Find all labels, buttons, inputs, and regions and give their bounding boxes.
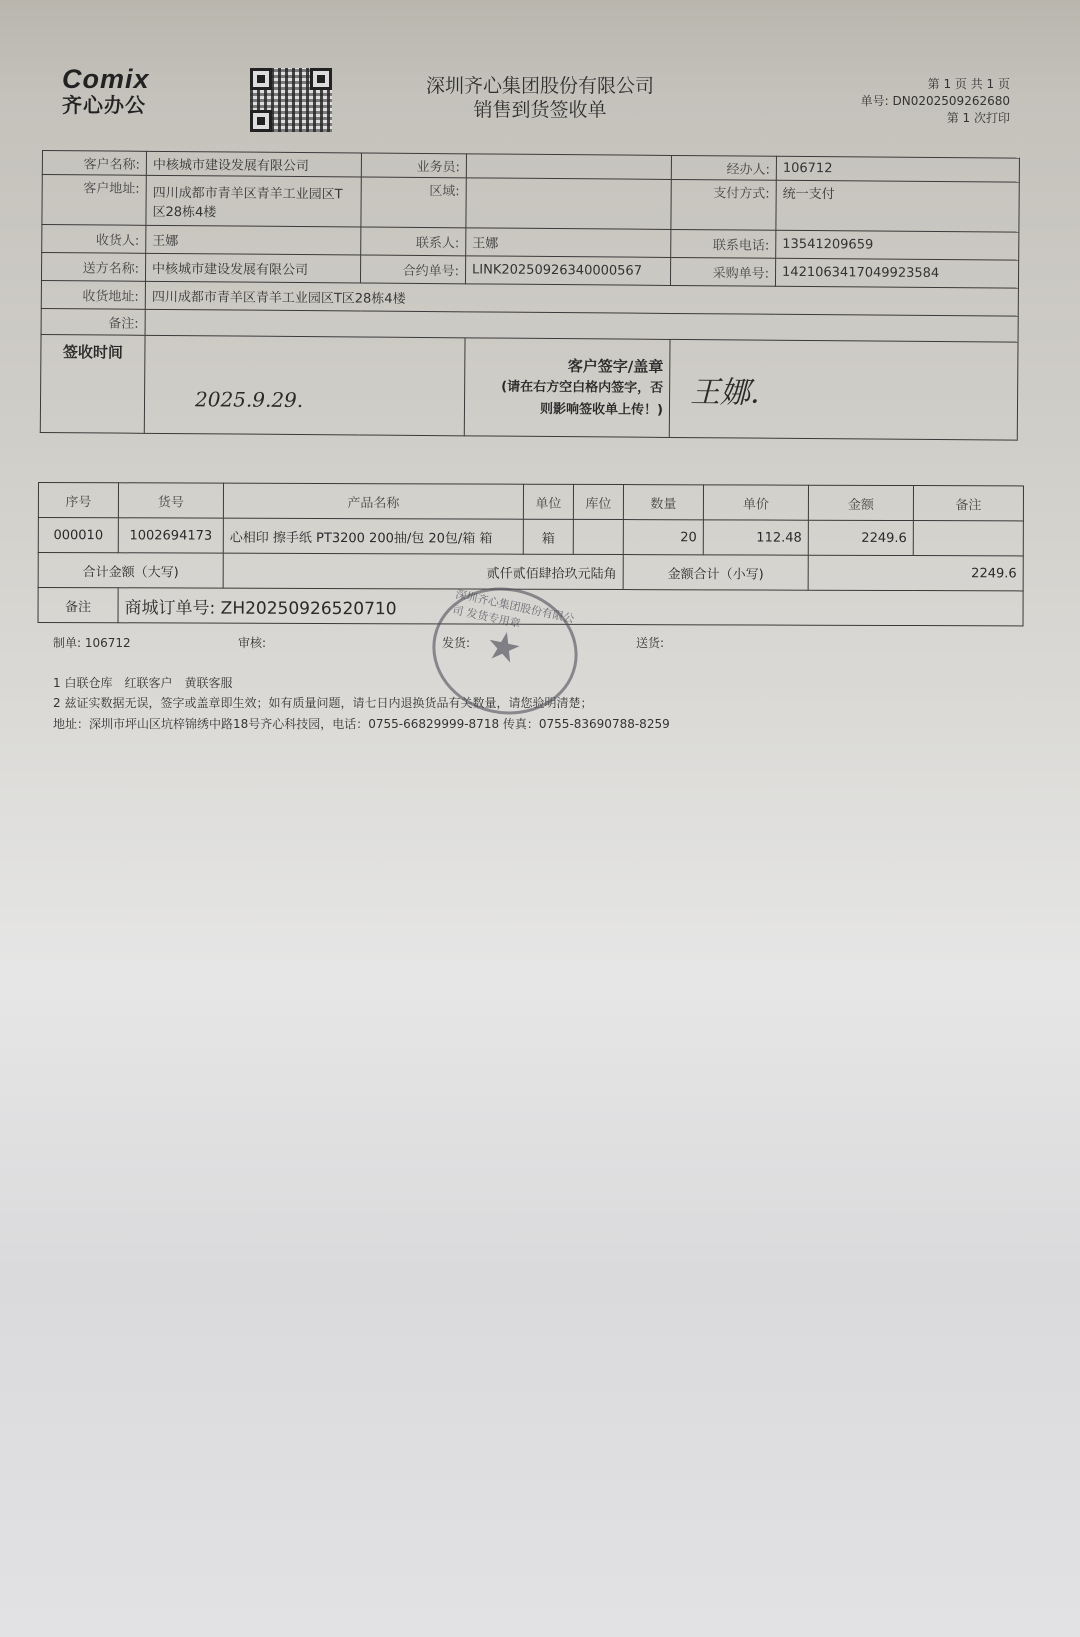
document-meta: 第 1 页 共 1 页 单号: DN0202509262680 第 1 次打印 <box>861 76 1010 127</box>
total-row: 合计金额（大写) 贰仟贰佰肆拾玖元陆角 金额合计（小写) 2249.6 <box>38 553 1023 591</box>
row-amount: 2249.6 <box>808 520 913 555</box>
copies-note: 1 白联仓库 红联客户 黄联客服 <box>53 674 232 691</box>
delivery-address-label: 收货地址: <box>41 280 145 309</box>
review: 审核: <box>238 634 266 651</box>
consignee: 王娜 <box>146 225 361 255</box>
col-price: 单价 <box>703 485 808 520</box>
sign-instructions: 客户签字/盖章 (请在右方空白格内签字，否 则影响签收单上传！) <box>464 338 670 438</box>
remark-label: 备注: <box>41 308 145 335</box>
customer-name-label: 客户名称: <box>42 151 146 176</box>
row-seq: 000010 <box>38 518 118 553</box>
col-sku: 货号 <box>118 483 223 518</box>
salesperson <box>466 154 671 180</box>
total-upper: 贰仟贰佰肆拾玖元陆角 <box>223 553 623 589</box>
items-header-row: 序号 货号 产品名称 单位 库位 数量 单价 金额 备注 <box>38 483 1023 521</box>
row-note <box>913 521 1023 556</box>
deliver: 送货: <box>636 634 664 651</box>
delivery-receipt-document: Comix 齐心办公 深圳齐心集团股份有限公司 销售到货签收单 第 1 页 共 … <box>0 0 1080 1637</box>
qr-code-icon <box>250 68 332 132</box>
row-unit: 箱 <box>523 519 573 554</box>
row-location <box>573 519 623 554</box>
payment-method: 统一支付 <box>776 180 1019 232</box>
phone: 13541209659 <box>776 230 1019 260</box>
sign-note-1: (请在右方空白格内签字，否 <box>471 376 663 400</box>
customer-name: 中核城市建设发展有限公司 <box>146 151 361 177</box>
qr-finder-icon <box>250 68 272 90</box>
total-upper-label: 合计金额（大写) <box>38 553 223 589</box>
col-note: 备注 <box>913 486 1023 521</box>
col-unit: 单位 <box>523 484 573 519</box>
brand-name: Comix <box>62 66 150 92</box>
po-no: 1421063417049923584 <box>775 258 1018 288</box>
row-price: 112.48 <box>703 520 808 555</box>
phone-label: 联系电话: <box>671 229 776 258</box>
payment-label: 支付方式: <box>671 179 776 230</box>
company-name: 深圳齐心集团股份有限公司 <box>380 74 700 98</box>
sign-note-2: 则影响签收单上传！) <box>471 398 663 422</box>
qr-finder-icon <box>250 110 272 132</box>
sign-title: 客户签字/盖章 <box>471 354 663 378</box>
col-product: 产品名称 <box>223 483 523 519</box>
consignee-label: 收货人: <box>42 225 146 254</box>
total-lower: 2249.6 <box>808 555 1023 591</box>
handwritten-signature: 王娜. <box>669 339 1018 440</box>
company-address: 地址：深圳市坪山区坑梓锦绣中路18号齐心科技园，电话：0755-66829999… <box>53 715 670 732</box>
col-seq: 序号 <box>38 483 118 518</box>
contact-label: 联系人: <box>361 227 466 256</box>
qr-finder-icon <box>310 68 332 90</box>
contract-no: LINK20250926340000567 <box>465 256 670 286</box>
handler: 106712 <box>776 156 1019 182</box>
print-count: 第 1 次打印 <box>861 110 1010 127</box>
maker: 制单: 106712 <box>53 634 131 651</box>
doc-no: DN0202509262680 <box>893 94 1010 108</box>
brand-logo: Comix 齐心办公 <box>62 66 150 118</box>
brand-cn: 齐心办公 <box>62 92 150 118</box>
note-label: 备注 <box>38 588 118 623</box>
table-row: 000010 1002694173 心相印 擦手纸 PT3200 200抽/包 … <box>38 518 1023 556</box>
handler-label: 经办人: <box>671 155 776 180</box>
star-icon: ★ <box>481 621 526 673</box>
contact: 王娜 <box>466 228 671 258</box>
row-product: 心相印 擦手纸 PT3200 200抽/包 20包/箱 箱 <box>223 518 523 554</box>
po-label: 采购单号: <box>670 257 775 286</box>
customer-info-table: 客户名称: 中核城市建设发展有限公司 业务员: 经办人: 106712 客户地址… <box>40 150 1020 441</box>
form-title: 销售到货签收单 <box>380 98 700 122</box>
customer-address: 四川成都市青羊区青羊工业园区T区28栋4楼 <box>146 175 361 227</box>
ship-to-label: 送方名称: <box>41 253 145 282</box>
total-lower-label: 金额合计（小写) <box>623 555 808 591</box>
contract-label: 合约单号: <box>360 255 465 284</box>
sign-time-label: 签收时间 <box>40 334 145 433</box>
col-qty: 数量 <box>623 485 703 520</box>
salesperson-label: 业务员: <box>361 153 466 178</box>
col-location: 库位 <box>573 484 623 519</box>
doc-no-label: 单号: <box>861 94 889 108</box>
region-label: 区域: <box>361 177 466 228</box>
document-title: 深圳齐心集团股份有限公司 销售到货签收单 <box>380 74 700 122</box>
col-amount: 金额 <box>808 485 913 520</box>
region <box>466 178 671 230</box>
ship-to: 中核城市建设发展有限公司 <box>145 253 360 283</box>
row-qty: 20 <box>623 520 703 555</box>
customer-address-label: 客户地址: <box>42 175 146 226</box>
handwritten-date: 2025.9.29. <box>144 335 465 436</box>
row-sku: 1002694173 <box>118 518 223 553</box>
page-info: 第 1 页 共 1 页 <box>861 76 1010 93</box>
